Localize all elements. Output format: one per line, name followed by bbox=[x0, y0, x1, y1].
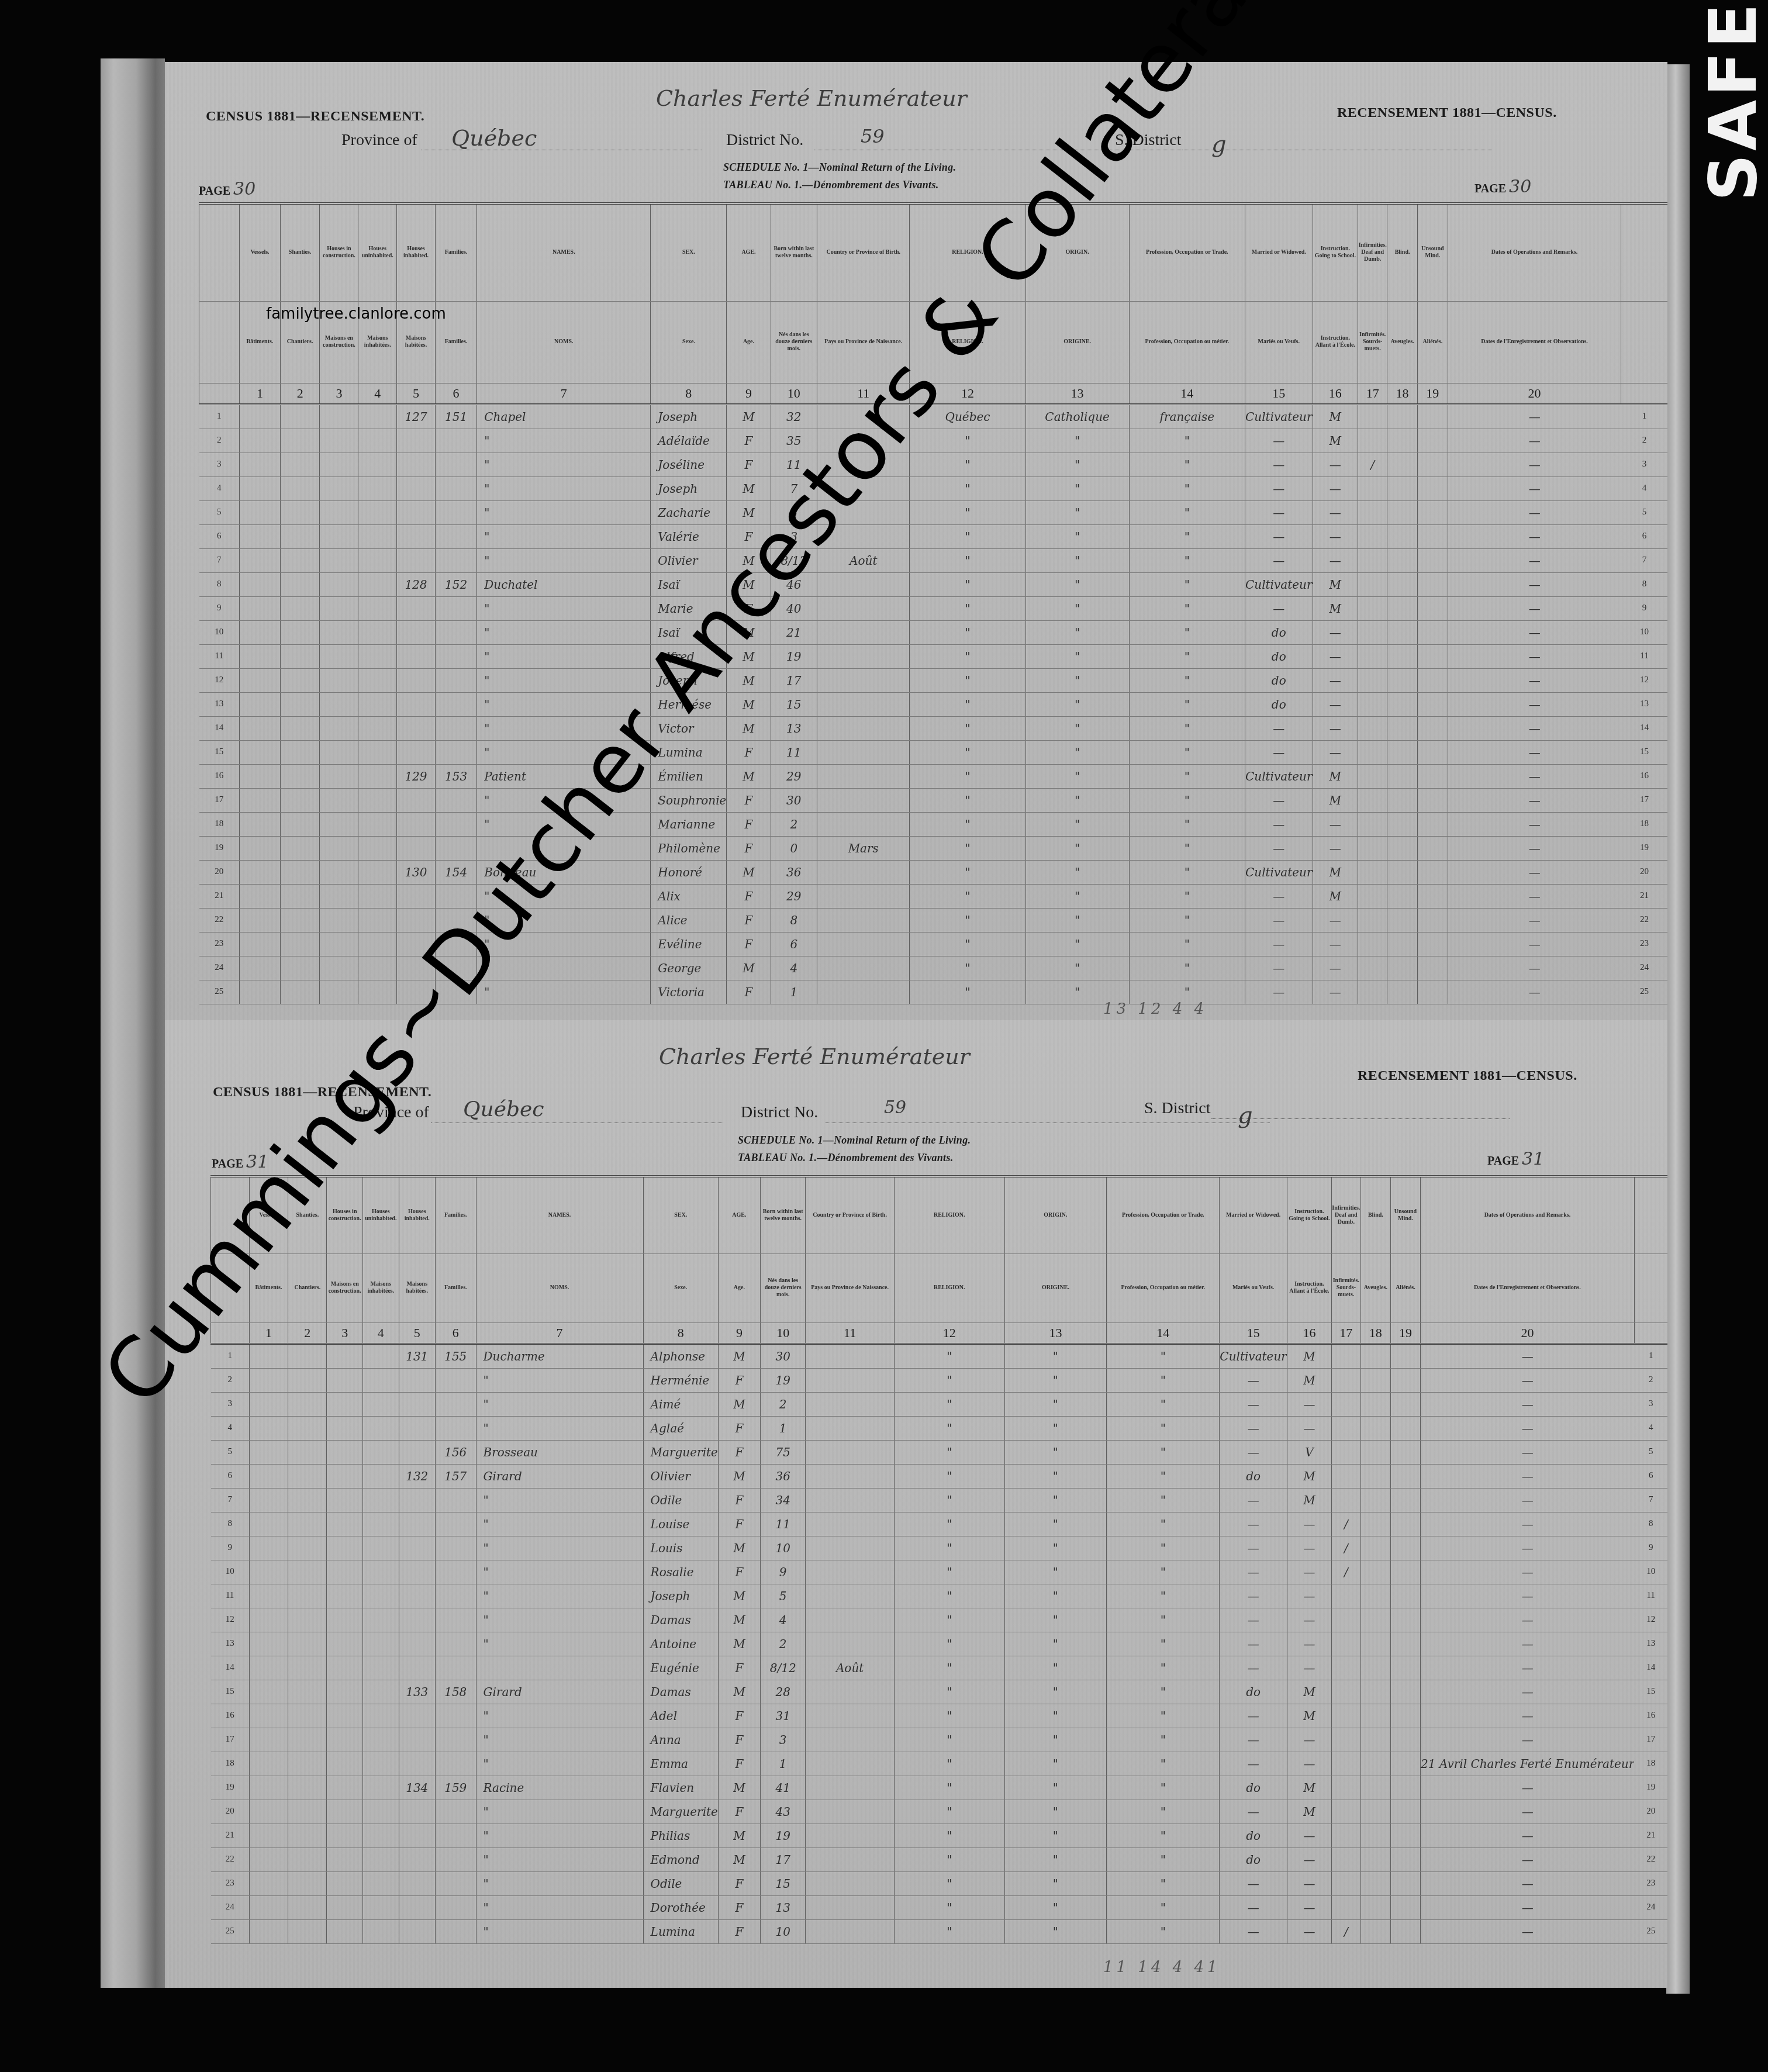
occupation: do bbox=[1245, 692, 1313, 716]
married-status: — bbox=[1287, 1871, 1331, 1895]
row-number-right: 9 bbox=[1634, 1536, 1667, 1560]
born-last-year bbox=[806, 1584, 894, 1608]
table-row: 6132157GirardOlivierM36"""doM—6 bbox=[211, 1464, 1668, 1488]
religion: " bbox=[1025, 908, 1129, 932]
married-status: — bbox=[1313, 740, 1358, 764]
origin: " bbox=[1129, 836, 1245, 860]
district-value: 59 bbox=[861, 125, 885, 147]
blind bbox=[1390, 1512, 1420, 1536]
family-number bbox=[436, 1919, 476, 1943]
remarks: — bbox=[1448, 404, 1621, 429]
surname bbox=[476, 1656, 643, 1680]
table-row: 7"OlivierM8/12Août"""———7 bbox=[199, 548, 1668, 572]
birthplace: " bbox=[894, 1800, 1004, 1824]
birthplace: " bbox=[910, 764, 1025, 788]
blind bbox=[1417, 453, 1448, 476]
age: 32 bbox=[771, 404, 817, 429]
province-value: Québec bbox=[451, 125, 537, 151]
row-number: 21 bbox=[211, 1824, 250, 1847]
age: 19 bbox=[761, 1368, 806, 1392]
family-number bbox=[435, 836, 477, 860]
census-title-left: CENSUS 1881—RECENSEMENT. bbox=[206, 109, 424, 125]
born-last-year bbox=[806, 1895, 894, 1919]
col-4-header: Houses uninhabited. bbox=[358, 205, 397, 301]
blind bbox=[1417, 572, 1448, 596]
origin: " bbox=[1107, 1584, 1220, 1608]
family-number bbox=[436, 1824, 476, 1847]
age: 2 bbox=[761, 1632, 806, 1656]
family-number bbox=[436, 1512, 476, 1536]
margin-tally: 11 14 4 41 bbox=[1103, 1959, 1221, 1976]
deaf-dumb bbox=[1360, 1368, 1390, 1392]
origin: " bbox=[1107, 1608, 1220, 1632]
school bbox=[1331, 1440, 1360, 1464]
sex: M bbox=[718, 1632, 760, 1656]
row-number: 10 bbox=[199, 620, 240, 644]
table-row: 15"LuminaF11"""———15 bbox=[199, 740, 1668, 764]
origin: " bbox=[1129, 476, 1245, 500]
married-status: — bbox=[1287, 1824, 1331, 1847]
deaf-dumb bbox=[1387, 500, 1418, 524]
table-row: 16129153PatientÉmilienM29"""CultivateurM… bbox=[199, 764, 1668, 788]
blind bbox=[1390, 1919, 1420, 1943]
origin: " bbox=[1129, 740, 1245, 764]
religion: " bbox=[1025, 884, 1129, 908]
blind bbox=[1417, 932, 1448, 956]
school bbox=[1331, 1656, 1360, 1680]
table-row: 2"HerménieF19"""—M—2 bbox=[211, 1368, 1668, 1392]
age: 6 bbox=[771, 932, 817, 956]
sex: M bbox=[718, 1680, 760, 1704]
row-number-right: 17 bbox=[1621, 788, 1667, 812]
married-status: M bbox=[1313, 429, 1358, 453]
house-number: 131 bbox=[399, 1344, 435, 1368]
school bbox=[1358, 476, 1387, 500]
table-row: 16"AdelF31"""—M—16 bbox=[211, 1704, 1668, 1728]
row-number-right: 25 bbox=[1634, 1919, 1667, 1943]
occupation: Cultivateur bbox=[1220, 1344, 1287, 1368]
married-status: — bbox=[1287, 1512, 1331, 1536]
school: / bbox=[1331, 1560, 1360, 1584]
surname: " bbox=[477, 476, 651, 500]
given-name: Aglaé bbox=[643, 1416, 718, 1440]
married-status: M bbox=[1287, 1488, 1331, 1512]
birthplace: " bbox=[894, 1776, 1004, 1800]
birthplace: " bbox=[894, 1392, 1004, 1416]
occupation: — bbox=[1245, 596, 1313, 620]
origin: " bbox=[1129, 692, 1245, 716]
religion: " bbox=[1004, 1560, 1107, 1584]
row-number: 19 bbox=[199, 836, 240, 860]
family-number bbox=[436, 1895, 476, 1919]
given-name: Flavien bbox=[643, 1776, 718, 1800]
born-last-year: Mars bbox=[817, 836, 910, 860]
birthplace: " bbox=[910, 884, 1025, 908]
surname: " bbox=[477, 524, 651, 548]
blind bbox=[1417, 644, 1448, 668]
occupation: — bbox=[1220, 1488, 1287, 1512]
table-row: 6"ValérieF3"""———6 bbox=[199, 524, 1668, 548]
deaf-dumb bbox=[1387, 596, 1418, 620]
row-number-right: 10 bbox=[1634, 1560, 1667, 1584]
row-number: 17 bbox=[211, 1728, 250, 1752]
remarks: — bbox=[1448, 716, 1621, 740]
surname: " bbox=[477, 596, 651, 620]
table-row: 22"EdmondM17"""do——22 bbox=[211, 1847, 1668, 1871]
sex: F bbox=[727, 740, 771, 764]
sex: F bbox=[718, 1512, 760, 1536]
house-number bbox=[397, 692, 436, 716]
blind bbox=[1417, 596, 1448, 620]
remarks: — bbox=[1420, 1895, 1634, 1919]
house-number bbox=[397, 668, 436, 692]
blind bbox=[1417, 764, 1448, 788]
age: 17 bbox=[761, 1847, 806, 1871]
col-14-header: Profession, Occupation or Trade. bbox=[1129, 205, 1245, 301]
occupation: — bbox=[1220, 1560, 1287, 1584]
census-title-right: RECENSEMENT 1881—CENSUS. bbox=[1337, 105, 1557, 121]
born-last-year bbox=[817, 932, 910, 956]
row-number-right: 25 bbox=[1621, 980, 1667, 1004]
row-number-right: 18 bbox=[1621, 812, 1667, 836]
sex: F bbox=[718, 1728, 760, 1752]
row-number: 6 bbox=[199, 524, 240, 548]
table-row: 12"JosephM17"""do——12 bbox=[199, 668, 1668, 692]
born-last-year bbox=[817, 812, 910, 836]
occupation: do bbox=[1220, 1847, 1287, 1871]
origin: " bbox=[1129, 644, 1245, 668]
surname: " bbox=[477, 548, 651, 572]
deaf-dumb bbox=[1360, 1847, 1390, 1871]
row-number-right: 21 bbox=[1634, 1824, 1667, 1847]
origin: " bbox=[1107, 1800, 1220, 1824]
origin: " bbox=[1129, 596, 1245, 620]
occupation: — bbox=[1245, 884, 1313, 908]
remarks: — bbox=[1420, 1680, 1634, 1704]
occupation: do bbox=[1220, 1464, 1287, 1488]
religion: " bbox=[1004, 1728, 1107, 1752]
born-last-year bbox=[806, 1512, 894, 1536]
origin: " bbox=[1129, 500, 1245, 524]
row-number-right: 24 bbox=[1621, 956, 1667, 980]
deaf-dumb bbox=[1360, 1895, 1390, 1919]
occupation: — bbox=[1220, 1704, 1287, 1728]
col-15-header: Married or Widowed. bbox=[1245, 205, 1313, 301]
school bbox=[1331, 1416, 1360, 1440]
religion: " bbox=[1004, 1488, 1107, 1512]
deaf-dumb bbox=[1360, 1776, 1390, 1800]
married-status: — bbox=[1287, 1847, 1331, 1871]
house-number bbox=[397, 476, 436, 500]
remarks: — bbox=[1420, 1368, 1634, 1392]
deaf-dumb bbox=[1360, 1392, 1390, 1416]
table-row: 23"OdileF15"""———23 bbox=[211, 1871, 1668, 1895]
remarks: — bbox=[1448, 429, 1621, 453]
sex: F bbox=[727, 932, 771, 956]
occupation: — bbox=[1245, 956, 1313, 980]
remarks: — bbox=[1448, 453, 1621, 476]
province-label: Province of bbox=[341, 131, 417, 150]
district-value: 59 bbox=[884, 1097, 906, 1118]
origin: " bbox=[1107, 1824, 1220, 1847]
row-number-right: 5 bbox=[1621, 500, 1667, 524]
deaf-dumb bbox=[1360, 1656, 1390, 1680]
religion: " bbox=[1025, 764, 1129, 788]
age: 0 bbox=[771, 836, 817, 860]
row-number-right: 23 bbox=[1621, 932, 1667, 956]
blind bbox=[1390, 1895, 1420, 1919]
margin-tally: 13 12 4 4 bbox=[1103, 1000, 1207, 1018]
birthplace: " bbox=[894, 1704, 1004, 1728]
school bbox=[1358, 644, 1387, 668]
row-number: 11 bbox=[199, 644, 240, 668]
age: 3 bbox=[761, 1728, 806, 1752]
remarks: — bbox=[1420, 1488, 1634, 1512]
blind bbox=[1417, 716, 1448, 740]
row-number-right: 22 bbox=[1634, 1847, 1667, 1871]
origin: " bbox=[1129, 716, 1245, 740]
occupation: — bbox=[1245, 524, 1313, 548]
school bbox=[1331, 1776, 1360, 1800]
sex: F bbox=[718, 1871, 760, 1895]
occupation: — bbox=[1220, 1656, 1287, 1680]
remarks: — bbox=[1420, 1440, 1634, 1464]
row-number-right: 6 bbox=[1621, 524, 1667, 548]
birthplace: " bbox=[910, 932, 1025, 956]
born-last-year bbox=[817, 980, 910, 1004]
house-number bbox=[399, 1847, 435, 1871]
school bbox=[1358, 404, 1387, 429]
deaf-dumb bbox=[1360, 1536, 1390, 1560]
birthplace: " bbox=[910, 644, 1025, 668]
blind bbox=[1417, 860, 1448, 884]
birthplace: " bbox=[894, 1824, 1004, 1847]
blind bbox=[1390, 1752, 1420, 1776]
blind bbox=[1390, 1680, 1420, 1704]
given-name: Herménie bbox=[643, 1368, 718, 1392]
married-status: — bbox=[1287, 1560, 1331, 1584]
deaf-dumb bbox=[1360, 1680, 1390, 1704]
family-number bbox=[436, 1728, 476, 1752]
born-last-year bbox=[806, 1416, 894, 1440]
given-name: Adel bbox=[643, 1704, 718, 1728]
school bbox=[1358, 572, 1387, 596]
row-number-right: 7 bbox=[1621, 548, 1667, 572]
age: 36 bbox=[761, 1464, 806, 1488]
table-row: 9"LouisM10"""——/—9 bbox=[211, 1536, 1668, 1560]
table-row: 21"PhiliasM19"""do——21 bbox=[211, 1824, 1668, 1847]
origin: française bbox=[1129, 404, 1245, 429]
schedule-fr: TABLEAU No. 1.—Dénombrement des Vivants. bbox=[723, 179, 939, 191]
family-number bbox=[435, 716, 477, 740]
house-number bbox=[399, 1440, 435, 1464]
origin: " bbox=[1129, 932, 1245, 956]
given-name: Louise bbox=[643, 1512, 718, 1536]
born-last-year bbox=[817, 572, 910, 596]
blind bbox=[1417, 404, 1448, 429]
table-row: 17"AnnaF3"""———17 bbox=[211, 1728, 1668, 1752]
religion: " bbox=[1004, 1704, 1107, 1728]
age: 30 bbox=[771, 788, 817, 812]
occupation: — bbox=[1245, 788, 1313, 812]
remarks: — bbox=[1448, 788, 1621, 812]
born-last-year bbox=[806, 1728, 894, 1752]
age: 13 bbox=[761, 1895, 806, 1919]
born-last-year bbox=[806, 1392, 894, 1416]
blind bbox=[1390, 1584, 1420, 1608]
given-name: Philomène bbox=[651, 836, 727, 860]
deaf-dumb bbox=[1387, 980, 1418, 1004]
table-row: 18"MarianneF2"""———18 bbox=[199, 812, 1668, 836]
sex: F bbox=[727, 788, 771, 812]
origin: " bbox=[1129, 884, 1245, 908]
remarks: — bbox=[1420, 1536, 1634, 1560]
sex: M bbox=[718, 1824, 760, 1847]
sex: M bbox=[727, 692, 771, 716]
married-status: — bbox=[1287, 1632, 1331, 1656]
row-number-right: 10 bbox=[1621, 620, 1667, 644]
col-11-header: Country or Province of Birth. bbox=[817, 205, 910, 301]
surname: " bbox=[476, 1560, 643, 1584]
remarks: — bbox=[1448, 524, 1621, 548]
sex: F bbox=[718, 1800, 760, 1824]
remarks: — bbox=[1420, 1824, 1634, 1847]
house-number bbox=[397, 884, 436, 908]
surname: " bbox=[476, 1512, 643, 1536]
family-number: 151 bbox=[435, 404, 477, 429]
school bbox=[1358, 500, 1387, 524]
row-number: 5 bbox=[199, 500, 240, 524]
school bbox=[1358, 812, 1387, 836]
deaf-dumb bbox=[1360, 1800, 1390, 1824]
given-name: Dorothée bbox=[643, 1895, 718, 1919]
religion: " bbox=[1004, 1752, 1107, 1776]
col-16-header: Instruction. Going to School. bbox=[1313, 205, 1358, 301]
given-name: Honoré bbox=[651, 860, 727, 884]
origin: " bbox=[1107, 1512, 1220, 1536]
sex: M bbox=[718, 1536, 760, 1560]
table-row: 18"EmmaF1"""——21 Avril Charles Ferté Enu… bbox=[211, 1752, 1668, 1776]
origin: " bbox=[1107, 1368, 1220, 1392]
birthplace: " bbox=[910, 860, 1025, 884]
row-number: 19 bbox=[211, 1776, 250, 1800]
row-number: 20 bbox=[199, 860, 240, 884]
site-credit: familytree.clanlore.com bbox=[266, 305, 446, 323]
school bbox=[1331, 1800, 1360, 1824]
row-number: 3 bbox=[211, 1392, 250, 1416]
born-last-year bbox=[817, 620, 910, 644]
given-name: Marguerite bbox=[643, 1440, 718, 1464]
family-number bbox=[436, 1847, 476, 1871]
born-last-year bbox=[806, 1752, 894, 1776]
remarks: — bbox=[1420, 1847, 1634, 1871]
house-number bbox=[399, 1416, 435, 1440]
family-number bbox=[435, 476, 477, 500]
remarks: — bbox=[1448, 908, 1621, 932]
house-number bbox=[399, 1560, 435, 1584]
birthplace: " bbox=[894, 1656, 1004, 1680]
table-row: 4"AglaéF1"""———4 bbox=[211, 1416, 1668, 1440]
family-number: 157 bbox=[436, 1464, 476, 1488]
remarks: — bbox=[1420, 1512, 1634, 1536]
deaf-dumb bbox=[1387, 908, 1418, 932]
house-number bbox=[399, 1632, 435, 1656]
deaf-dumb bbox=[1360, 1824, 1390, 1847]
row-number-right: 1 bbox=[1621, 404, 1667, 429]
deaf-dumb bbox=[1360, 1464, 1390, 1488]
occupation: — bbox=[1220, 1440, 1287, 1464]
age: 11 bbox=[771, 740, 817, 764]
born-last-year bbox=[817, 644, 910, 668]
given-name: Joseph bbox=[651, 476, 727, 500]
house-number bbox=[397, 620, 436, 644]
origin: " bbox=[1129, 524, 1245, 548]
deaf-dumb bbox=[1360, 1919, 1390, 1943]
school bbox=[1358, 932, 1387, 956]
religion: " bbox=[1004, 1464, 1107, 1488]
surname: " bbox=[476, 1919, 643, 1943]
remarks: — bbox=[1448, 668, 1621, 692]
table-row: 19PhilomèneF0Mars"""———19 bbox=[199, 836, 1668, 860]
blind bbox=[1390, 1608, 1420, 1632]
row-number-right: 14 bbox=[1634, 1656, 1667, 1680]
origin: " bbox=[1107, 1392, 1220, 1416]
row-number: 11 bbox=[211, 1584, 250, 1608]
surname: " bbox=[476, 1392, 643, 1416]
house-number bbox=[399, 1895, 435, 1919]
married-status: — bbox=[1287, 1895, 1331, 1919]
row-number-right: 15 bbox=[1621, 740, 1667, 764]
row-number: 4 bbox=[199, 476, 240, 500]
table-row: 17"SouphronieF30"""—M—17 bbox=[199, 788, 1668, 812]
row-number-right: 14 bbox=[1621, 716, 1667, 740]
surname: Duchatel bbox=[477, 572, 651, 596]
born-last-year bbox=[806, 1344, 894, 1368]
surname: " bbox=[476, 1632, 643, 1656]
row-number-right: 16 bbox=[1634, 1704, 1667, 1728]
origin: " bbox=[1107, 1871, 1220, 1895]
surname: " bbox=[476, 1847, 643, 1871]
row-number: 9 bbox=[199, 596, 240, 620]
religion: " bbox=[1025, 836, 1129, 860]
born-last-year bbox=[806, 1847, 894, 1871]
deaf-dumb bbox=[1360, 1488, 1390, 1512]
religion: " bbox=[1025, 453, 1129, 476]
enumerator-signature: Charles Ferté Enumérateur bbox=[659, 1044, 970, 1069]
row-number-right: 8 bbox=[1621, 572, 1667, 596]
remarks: — bbox=[1420, 1728, 1634, 1752]
religion: " bbox=[1004, 1919, 1107, 1943]
religion: " bbox=[1004, 1416, 1107, 1440]
col-6-header: Families. bbox=[435, 205, 477, 301]
sub-district-value: g bbox=[1238, 1102, 1253, 1129]
enumerator-signature: Charles Ferté Enumérateur bbox=[656, 85, 967, 111]
surname: Girard bbox=[476, 1464, 643, 1488]
born-last-year bbox=[806, 1824, 894, 1847]
deaf-dumb bbox=[1387, 620, 1418, 644]
given-name: Aimé bbox=[643, 1392, 718, 1416]
religion: " bbox=[1025, 716, 1129, 740]
religion: " bbox=[1025, 932, 1129, 956]
deaf-dumb bbox=[1360, 1608, 1390, 1632]
religion: " bbox=[1004, 1608, 1107, 1632]
married-status: — bbox=[1287, 1752, 1331, 1776]
deaf-dumb bbox=[1360, 1416, 1390, 1440]
table-row: 14EugénieF8/12Août"""———14 bbox=[211, 1656, 1668, 1680]
birthplace: " bbox=[894, 1871, 1004, 1895]
sex: F bbox=[718, 1368, 760, 1392]
origin: " bbox=[1129, 548, 1245, 572]
